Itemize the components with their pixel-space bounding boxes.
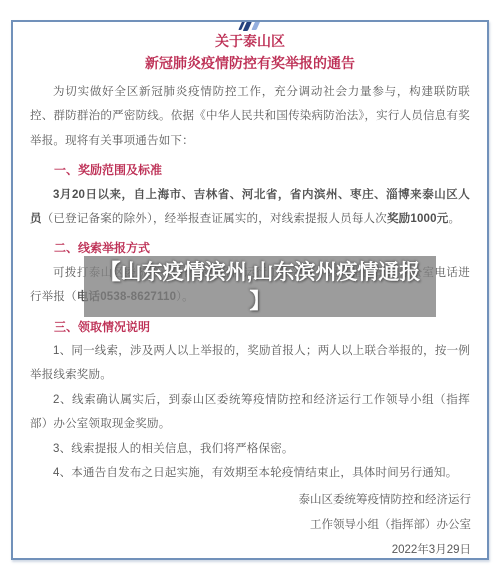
section-3-item-3: 3、线索提报人的相关信息，我们将严格保密。 bbox=[30, 437, 470, 461]
section-3-item-1: 1、同一线索，涉及两人以上举报的，奖励首报人；两人以上联合举报的，按一例举报线索… bbox=[30, 339, 470, 388]
watermark-overlay: 【山东疫情滨州,山东滨州疫情通报 】 bbox=[84, 256, 436, 317]
signature-org-line2: 工作领导小组（指挥部）办公室 bbox=[299, 513, 472, 538]
section-1-heading: 一、奖励范围及标准 bbox=[30, 158, 470, 182]
section-3-heading: 三、领取情况说明 bbox=[30, 315, 470, 339]
section-1-regular-2: 。 bbox=[448, 213, 460, 225]
triple-slash-icon bbox=[232, 20, 269, 34]
watermark-line2: 】 bbox=[84, 287, 436, 316]
notice-title: 关于泰山区 新冠肺炎疫情防控有奖举报的通告 bbox=[30, 31, 470, 74]
notice-title-line2: 新冠肺炎疫情防控有奖举报的通告 bbox=[145, 55, 355, 71]
notice-page: 关于泰山区 新冠肺炎疫情防控有奖举报的通告 为切实做好全区新冠肺炎疫情防控工作，… bbox=[0, 0, 500, 571]
signature-date: 2022年3月29日 bbox=[299, 538, 472, 560]
section-1-body: 3月20日以来，自上海市、吉林省、河北省，省内滨州、枣庄、淄博来泰山区人员（已登… bbox=[30, 183, 470, 232]
signature-org-line1: 泰山区委统筹疫情防控和经济运行 bbox=[299, 488, 472, 513]
watermark-line1: 【山东疫情滨州,山东滨州疫情通报 bbox=[84, 258, 436, 287]
intro-paragraph: 为切实做好全区新冠肺炎疫情防控工作，充分调动社会力量参与，构建联防联控、群防群治… bbox=[30, 80, 470, 153]
signature-block: 泰山区委统筹疫情防控和经济运行 工作领导小组（指挥部）办公室 2022年3月29… bbox=[299, 488, 472, 560]
section-1-regular-1: （已登记备案的除外），经举报查证属实的，对线索提报人员每人次 bbox=[42, 213, 387, 225]
section-3-item-4: 4、本通告自发布之日起实施，有效期至本轮疫情结束止，具体时间另行通知。 bbox=[30, 461, 470, 485]
section-1-bold-reward: 奖励1000元 bbox=[387, 213, 448, 225]
notice-title-line1: 关于泰山区 bbox=[215, 33, 285, 49]
slash-light-icon bbox=[251, 20, 262, 30]
section-3-item-2: 2、线索确认属实后，到泰山区委统筹疫情防控和经济运行工作领导小组（指挥部）办公室… bbox=[30, 388, 470, 437]
